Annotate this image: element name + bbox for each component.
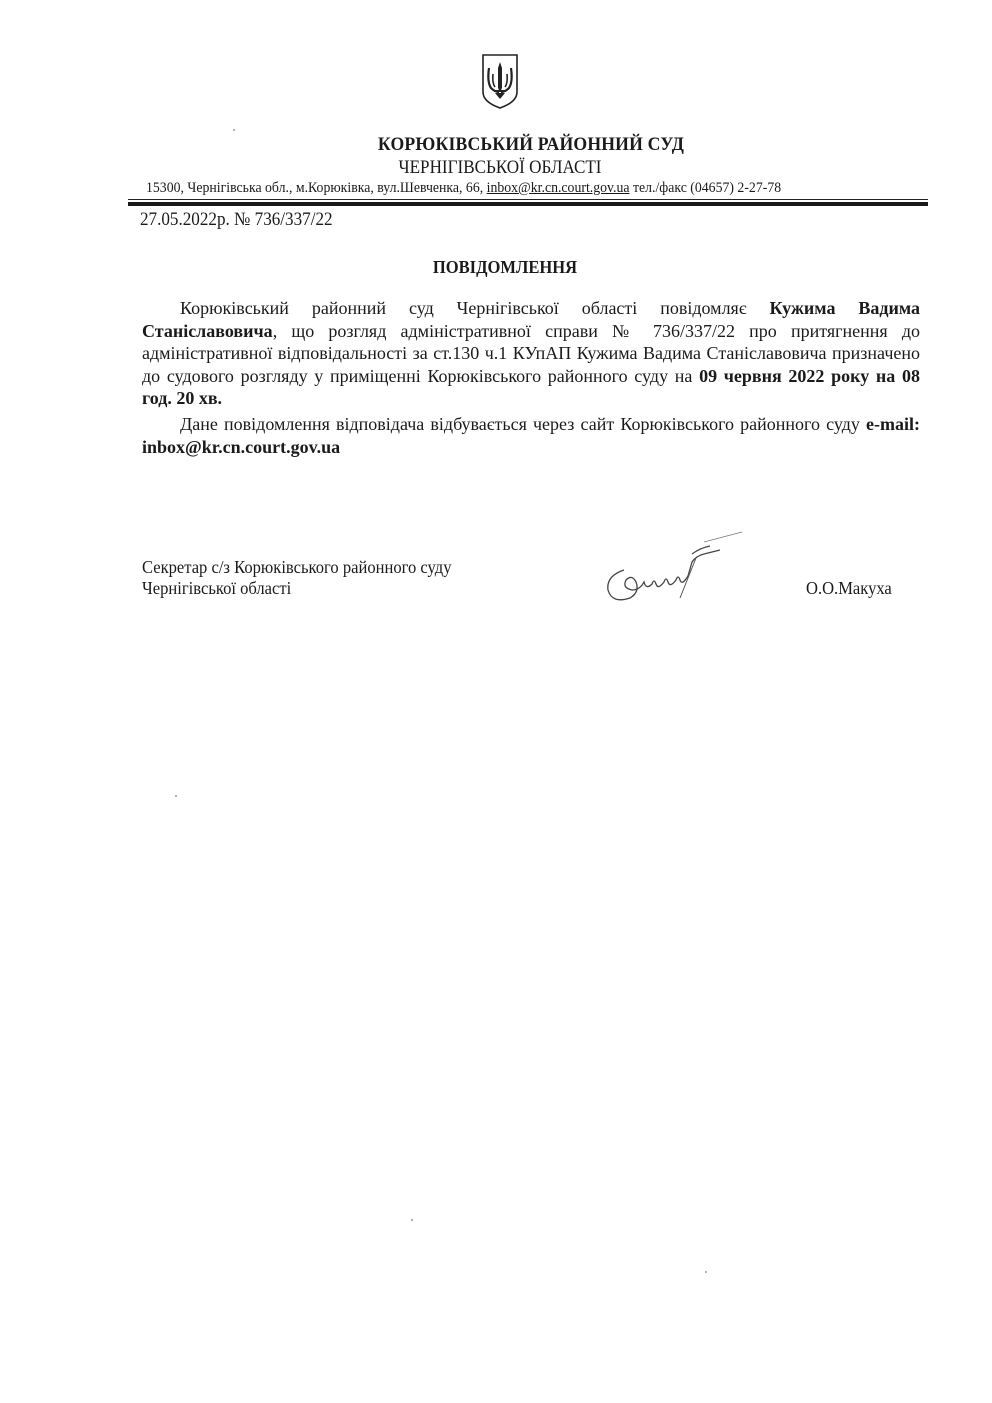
scan-speck [705,1271,707,1273]
scan-speck [411,1219,413,1221]
position-line-1: Секретар с/з Корюківського районного суд… [142,557,451,578]
signer-name: О.О.Макуха [806,578,892,599]
paragraph1-intro: Корюківський районний суд Чернігівської … [180,298,770,318]
signatory-position: Секретар с/з Корюківського районного суд… [142,557,451,599]
handwritten-signature-icon [596,528,746,612]
notice-paragraph-1: Корюківський районний суд Чернігівської … [142,297,920,410]
paragraph2-text: Дане повідомлення відповідача відбуваєть… [180,414,866,434]
court-region: ЧЕРНІГІВСЬКОЇ ОБЛАСТІ [50,157,950,179]
address-text: 15300, Чернігівська обл., м.Корюківка, в… [146,180,487,196]
document-title: ПОВІДОМЛЕННЯ [40,257,969,278]
court-name: КОРЮКІВСЬКИЙ РАЙОННИЙ СУД [37,134,992,156]
date-and-case-number: 27.05.2022р. № 736/337/22 [140,209,333,231]
ukraine-trident-emblem-icon [480,52,520,110]
court-address: 15300, Чернігівська обл., м.Корюківка, в… [146,180,781,197]
scan-speck [233,129,235,131]
position-line-2: Чернігівської області [142,578,451,599]
court-email-link[interactable]: inbox@kr.cn.court.gov.ua [487,180,630,196]
scan-speck [175,795,177,797]
header-divider-thin [128,199,928,200]
notice-paragraph-2: Дане повідомлення відповідача відбуваєть… [142,413,920,458]
phone-fax: тел./факс (04657) 2-27-78 [630,180,782,196]
header-divider-thick [128,202,928,206]
